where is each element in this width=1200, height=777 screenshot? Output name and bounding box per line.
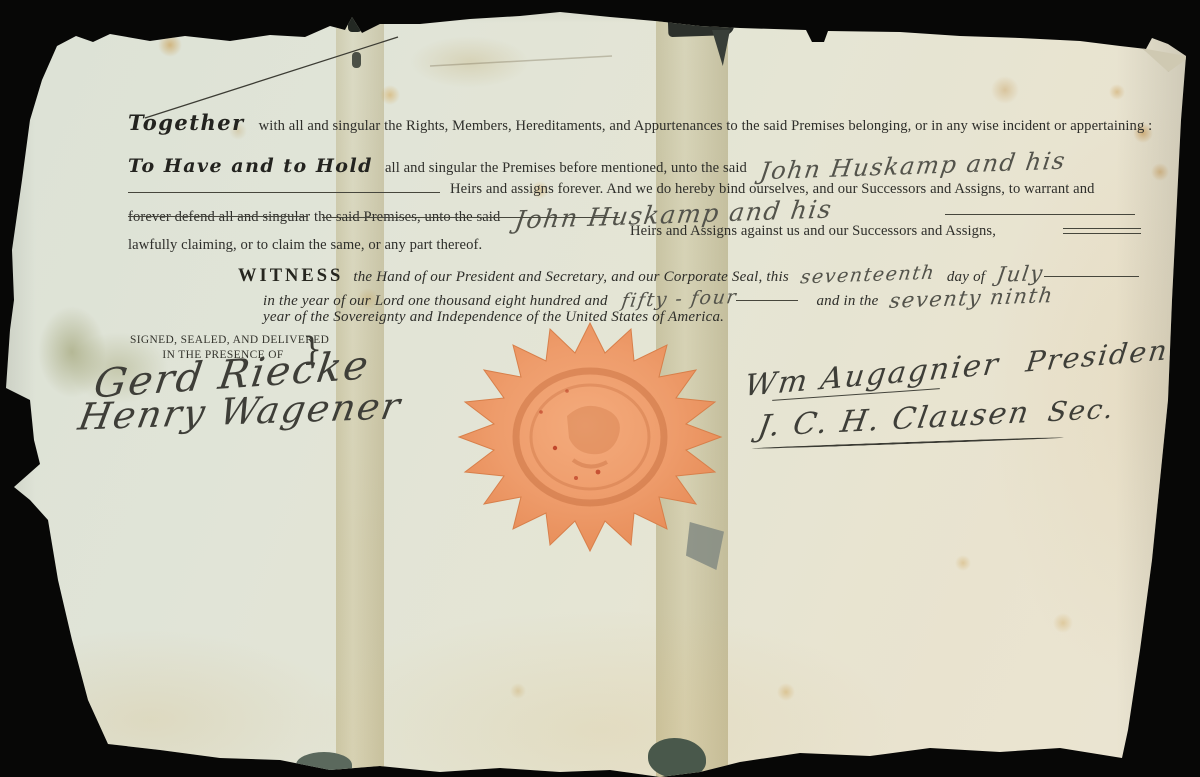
- blank-rule: [945, 214, 1135, 215]
- blank-rule: [128, 216, 308, 217]
- witness-text-2a: in the year of our Lord one thousand eig…: [263, 293, 608, 309]
- witness-text-1b: day of: [947, 269, 985, 285]
- witness-line-1: WITNESSthe Hand of our President and Sec…: [238, 262, 1139, 287]
- attestation-line-1: SIGNED, SEALED, AND DELIVERED: [130, 333, 316, 348]
- clause-habendum: To Have and to Holdall and singular the …: [128, 150, 1065, 178]
- secretary-title: Sec.: [1046, 394, 1118, 428]
- sovereignty-year-handwriting: seventy ninth: [888, 283, 1056, 313]
- clause-heirs-forever: Heirs and assigns forever. And we do her…: [450, 180, 1095, 198]
- blank-rule: [128, 192, 440, 193]
- clause-heirs-against: Heirs and Assigns against us and our Suc…: [630, 222, 996, 240]
- together-lead: Together: [128, 110, 245, 135]
- scanned-deed-page: Togetherwith all and singular the Rights…: [0, 0, 1200, 777]
- heirs-forever-text: Heirs and assigns forever. And we do her…: [450, 181, 1095, 197]
- to-have-and-to-hold-lead: To Have and to Hold: [128, 155, 373, 177]
- day-handwriting: seventeenth: [799, 262, 937, 289]
- heirs-against-text: Heirs and Assigns against us and our Suc…: [630, 223, 996, 239]
- witness-text-1a: the Hand of our President and Secretary,…: [353, 269, 789, 285]
- together-text: with all and singular the Rights, Member…: [259, 118, 1153, 134]
- lawfully-text: lawfully claiming, or to claim the same,…: [128, 237, 482, 253]
- corporate-seal-icon: [455, 320, 725, 554]
- witness-line-2: in the year of our Lord one thousand eig…: [263, 286, 1054, 310]
- clause-together: Togetherwith all and singular the Rights…: [128, 110, 1152, 135]
- blank-rule: [322, 217, 620, 218]
- habendum-text: all and singular the Premises before men…: [385, 160, 747, 176]
- blank-rule-double: [1063, 228, 1141, 234]
- witness-lead: WITNESS: [238, 266, 343, 286]
- deed-paper: Togetherwith all and singular the Rights…: [0, 0, 1200, 777]
- clause-lawfully: lawfully claiming, or to claim the same,…: [128, 236, 482, 254]
- witness-text-2b: and in the: [816, 293, 878, 309]
